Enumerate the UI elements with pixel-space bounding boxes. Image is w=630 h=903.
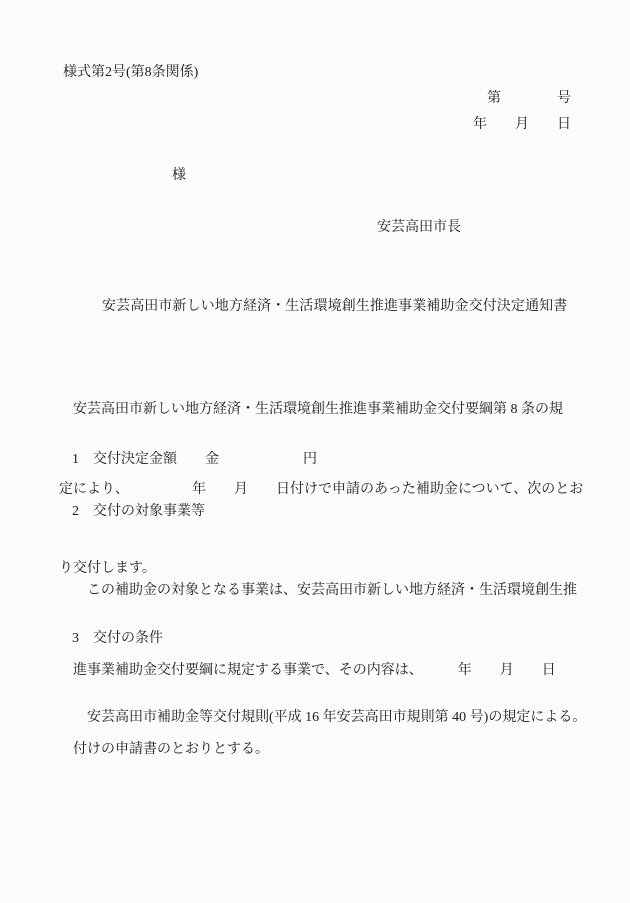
date-blank-line: 年 月 日 [473,112,571,139]
item-1-grant-amount: 1 交付決定金額 金 円 [72,447,317,474]
item-2-body-line-1: この補助金の対象となる事業は、安芸高田市新しい地方経済・生活環境創生推 [73,578,577,605]
sender-mayor-name: 安芸高田市長 [377,215,461,242]
item-1-number: 1 [72,447,93,474]
document-page: 様式第2号(第8条関係) 第 号 年 月 日 様 安芸高田市長 安芸高田市新しい… [0,0,630,903]
item-2-heading: 交付の対象事業等 [93,499,205,526]
item-2-target-project: 2 交付の対象事業等 [72,499,205,526]
item-2-number: 2 [72,499,93,526]
document-number-blank-line: 第 号 [487,86,571,113]
item-3-heading: 交付の条件 [93,626,163,653]
item-3-number: 3 [72,626,93,653]
item-3-body-line-1: 安芸高田市補助金等交付規則(平成 16 年安芸高田市規則第 40 号)の規定によ… [73,705,586,732]
form-number-label: 様式第2号(第8条関係) [63,60,198,87]
intro-line-1: 安芸高田市新しい地方経済・生活環境創生推進事業補助金交付要綱第 8 条の規 [59,397,583,424]
document-title: 安芸高田市新しい地方経済・生活環境創生推進事業補助金交付決定通知書 [102,294,567,321]
item-1-heading: 交付決定金額 金 円 [93,447,317,474]
item-3-grant-conditions: 3 交付の条件 [72,626,163,653]
item-3-body: 安芸高田市補助金等交付規則(平成 16 年安芸高田市規則第 40 号)の規定によ… [73,652,586,785]
addressee-honorific: 様 [172,163,186,190]
